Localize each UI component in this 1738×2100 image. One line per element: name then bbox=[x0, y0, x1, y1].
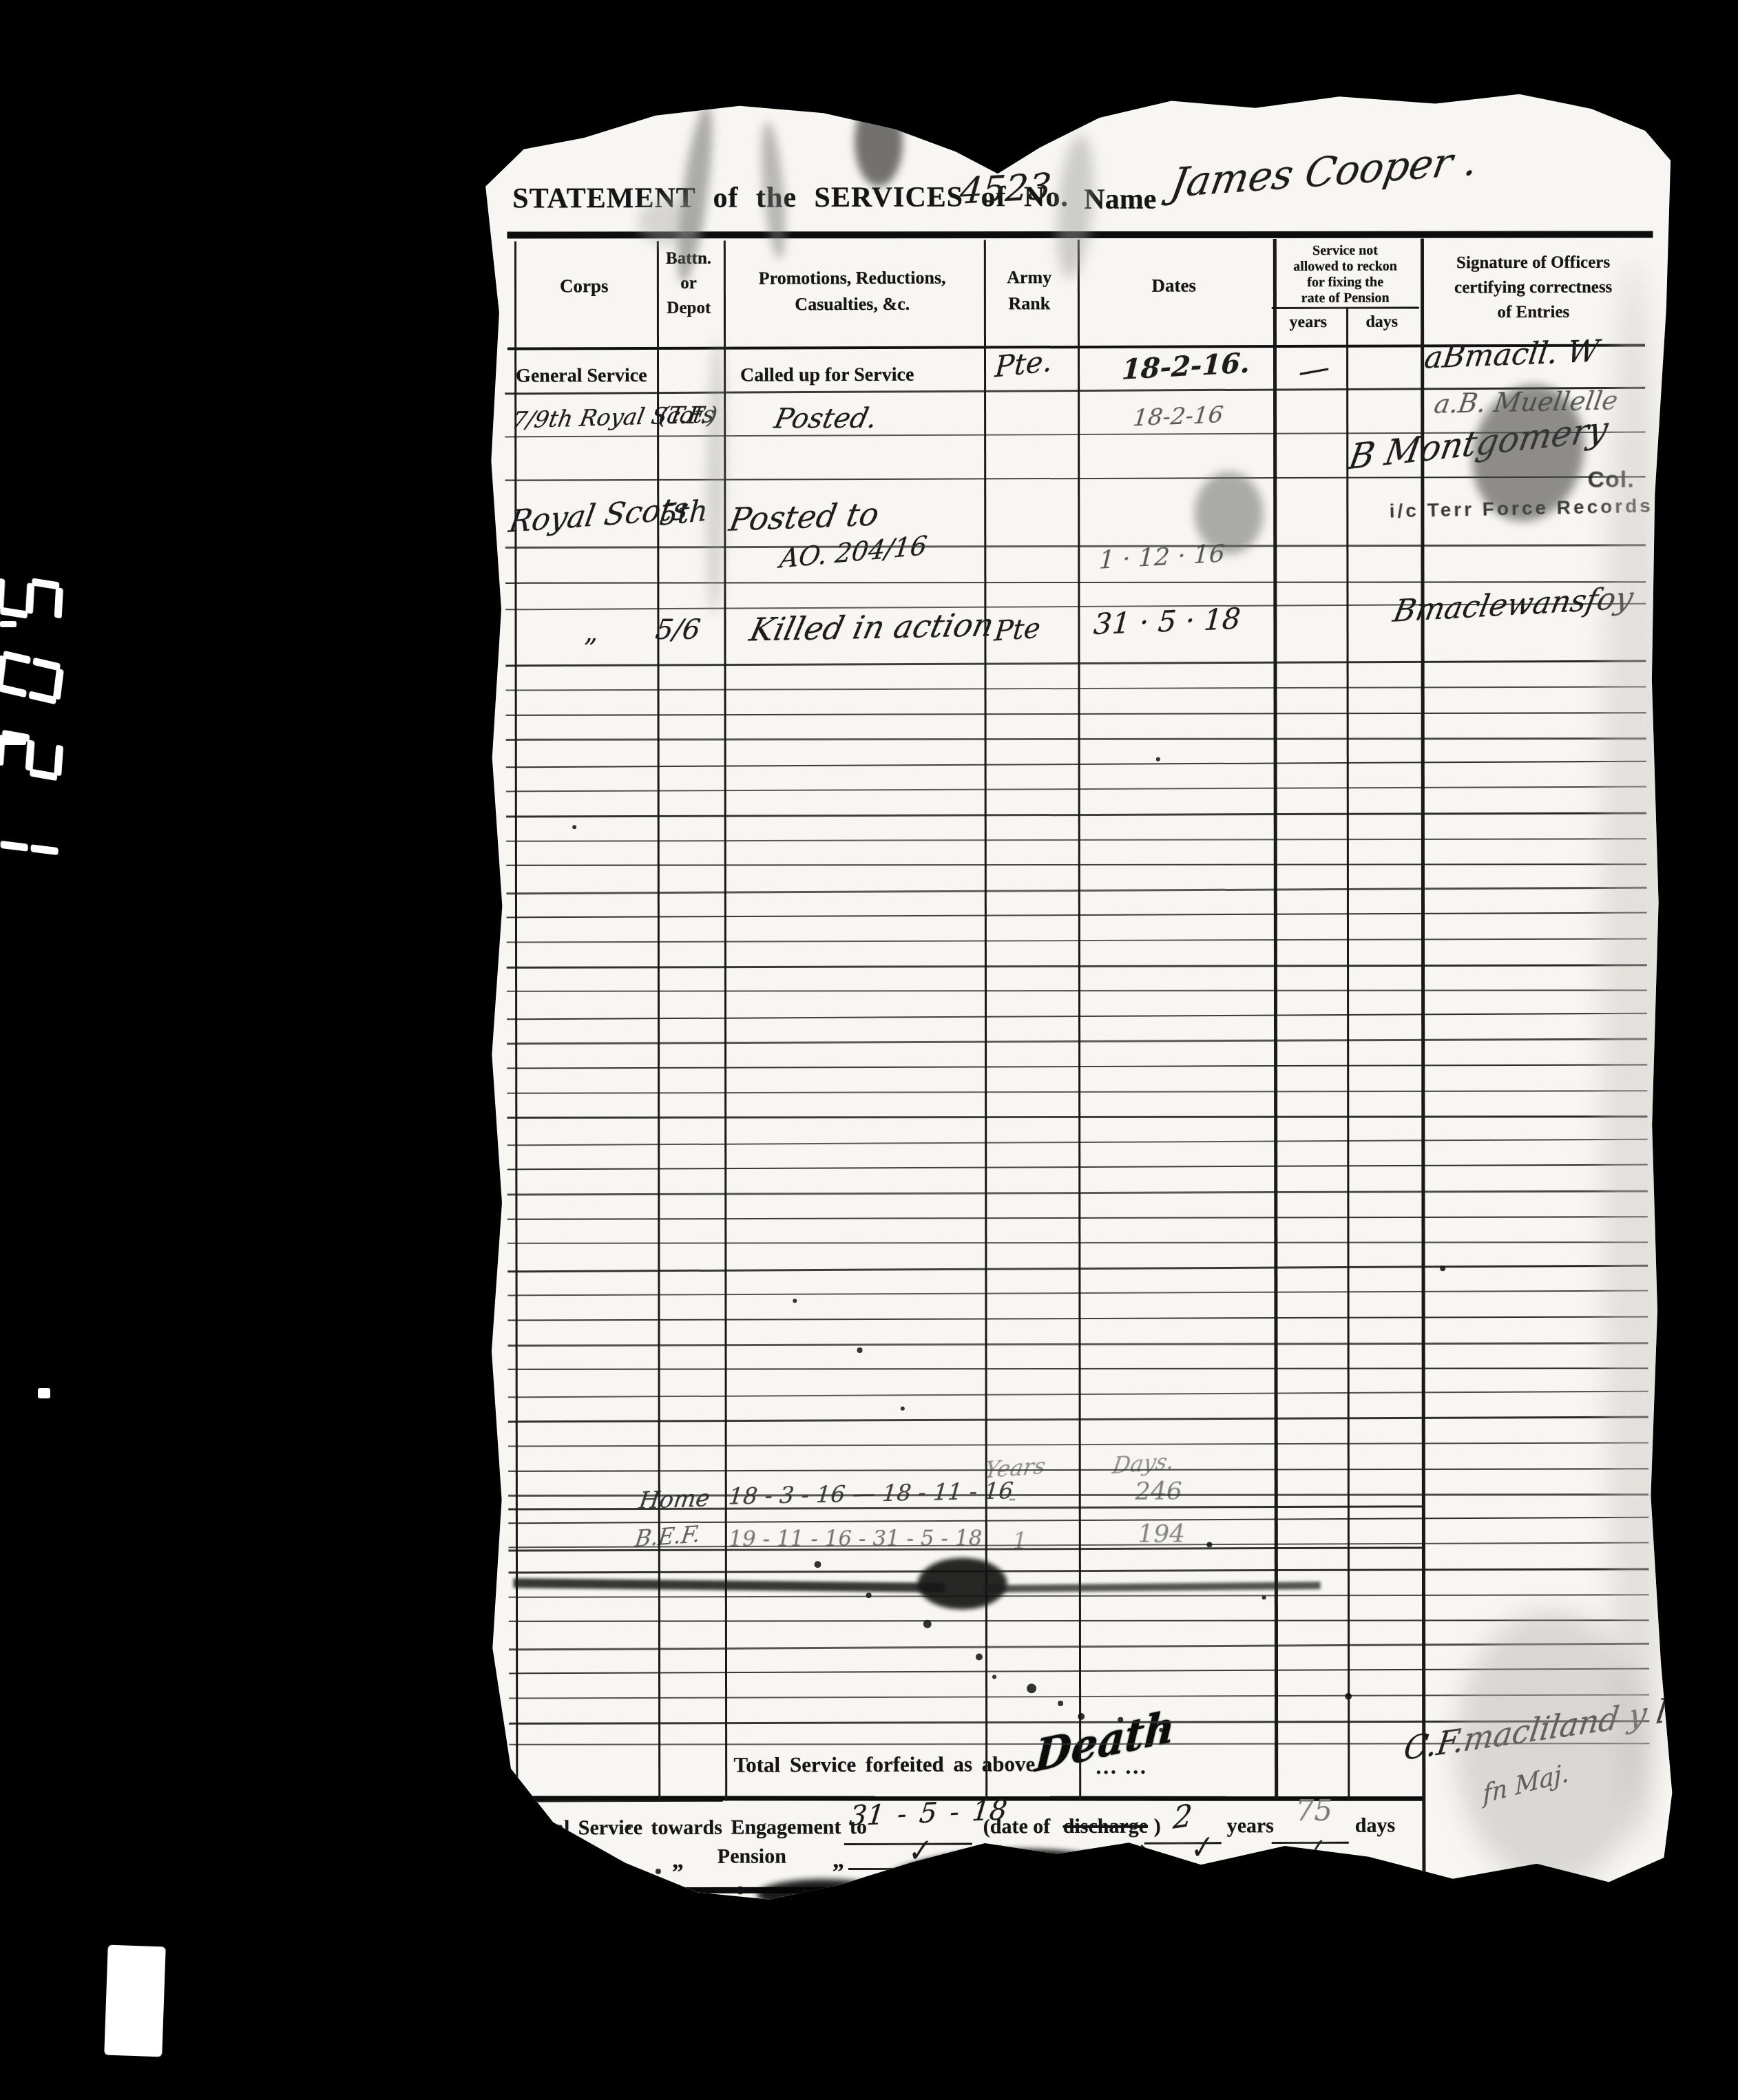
entry-signature: B Montgomery bbox=[1346, 408, 1611, 477]
ink-spatter bbox=[1118, 1717, 1123, 1723]
ink-spatter bbox=[802, 1889, 808, 1896]
ditto-mark: „ bbox=[1370, 1846, 1382, 1872]
ruled-line bbox=[507, 1216, 1648, 1219]
column-line bbox=[657, 241, 660, 1801]
ruled-line bbox=[507, 1038, 1647, 1045]
column-line bbox=[1078, 240, 1081, 1800]
ruled-line bbox=[506, 712, 1646, 715]
ink-spatter bbox=[1159, 1728, 1163, 1732]
header-battalion: Battn. or Depot bbox=[655, 246, 722, 321]
header-corps: Corps bbox=[513, 275, 656, 297]
film-speck bbox=[38, 1388, 50, 1398]
summary-period: 18 - 3 - 16 — 18 - 11 - 16 bbox=[728, 1477, 1015, 1510]
ink-spatter bbox=[1206, 1542, 1212, 1547]
ruled-line bbox=[507, 1090, 1647, 1093]
ditto-mark: „ bbox=[552, 1848, 564, 1874]
entry-battalion: 5th bbox=[658, 493, 709, 532]
ditto-mark: „ bbox=[833, 1847, 844, 1873]
entry-battalion: (T.F.) bbox=[657, 402, 720, 430]
ditto-mark: „ bbox=[606, 1848, 618, 1874]
ruled-line bbox=[507, 1342, 1648, 1346]
ruled-line bbox=[507, 1241, 1648, 1244]
title-rule bbox=[507, 231, 1653, 239]
ink-spatter bbox=[857, 1347, 863, 1353]
ink-smudge bbox=[545, 85, 600, 127]
name-label: Name bbox=[1084, 183, 1156, 216]
ditto-mark: „ bbox=[1069, 1847, 1080, 1873]
ink-spatter bbox=[901, 1407, 905, 1411]
fill-rule bbox=[1146, 1867, 1227, 1869]
entry-battalion: 5/6 bbox=[653, 614, 702, 646]
record-sheet: STATEMENT of the SERVICES of No. 4523 Na… bbox=[476, 86, 1681, 1944]
ruled-line bbox=[506, 863, 1646, 866]
tick-mark: ✓ bbox=[1184, 1829, 1216, 1867]
entry-promotion-reference: AO. 204/16 bbox=[778, 530, 929, 574]
ruled-line bbox=[507, 1290, 1648, 1296]
film-scratch-mark bbox=[0, 738, 26, 745]
entry-years-dash: — bbox=[1295, 348, 1332, 390]
summary-days-label: Days. bbox=[1111, 1448, 1177, 1479]
years-word: years bbox=[1227, 1814, 1274, 1838]
tick-mark: ✓ bbox=[903, 1832, 932, 1869]
header-days: days bbox=[1345, 313, 1419, 331]
entry-dates: 31 · 5 · 18 bbox=[1093, 602, 1242, 641]
ink-spatter bbox=[736, 1887, 744, 1895]
column-line bbox=[514, 242, 519, 1890]
ink-spatter bbox=[1440, 1266, 1445, 1271]
engagement-days-value: 75 bbox=[1296, 1794, 1333, 1827]
microfilm-digit bbox=[0, 649, 66, 707]
header-years: years bbox=[1272, 313, 1345, 332]
ink-spatter bbox=[992, 1674, 996, 1679]
close-paren: ) bbox=[1140, 1838, 1149, 1871]
column-line bbox=[1346, 308, 1350, 1799]
ruled-line bbox=[505, 476, 1646, 481]
ruled-line bbox=[507, 1013, 1647, 1020]
pension-label: Pension bbox=[718, 1845, 786, 1868]
ink-smudge bbox=[855, 97, 903, 187]
ruled-line bbox=[507, 938, 1647, 943]
microfilm-digit bbox=[0, 572, 65, 626]
records-office-stamp: i/c Terr Force Records bbox=[1389, 495, 1653, 523]
engagement-label: Total Service towards Engagement to bbox=[525, 1816, 867, 1840]
fill-rule bbox=[1274, 1867, 1348, 1869]
ink-smudge bbox=[757, 1879, 888, 1911]
ink-spatter bbox=[923, 1620, 932, 1628]
entry-corps: General Service bbox=[516, 365, 647, 388]
damage-streak bbox=[514, 1578, 945, 1593]
ink-spatter bbox=[1345, 1693, 1352, 1700]
ink-spatter bbox=[1156, 757, 1160, 762]
ruled-line bbox=[507, 912, 1647, 918]
entry-promotion: Killed in action bbox=[746, 606, 998, 649]
ruled-line bbox=[507, 1064, 1647, 1069]
ruled-line bbox=[507, 989, 1647, 992]
entry-rank: Pte bbox=[993, 612, 1042, 647]
header-promotions: Promotions, Reductions, Casualties, &c. bbox=[722, 264, 983, 317]
column-line bbox=[1421, 238, 1426, 1887]
ruled-line bbox=[507, 1265, 1648, 1273]
certifying-signature-rank: fn Maj. bbox=[1483, 1758, 1570, 1809]
ink-spatter bbox=[814, 1561, 821, 1568]
ruled-line bbox=[506, 761, 1646, 768]
pension-divider-line bbox=[1272, 306, 1419, 309]
ruled-line bbox=[507, 1316, 1648, 1321]
ruled-line bbox=[505, 544, 1646, 548]
ink-spatter bbox=[596, 1860, 603, 1867]
open-paren: ( bbox=[993, 1838, 1002, 1871]
ink-spatter bbox=[1058, 1701, 1063, 1706]
ruled-line bbox=[507, 964, 1647, 968]
ruled-line bbox=[506, 812, 1646, 817]
entry-dates: 18-2-16. bbox=[1121, 346, 1250, 386]
entry-signature: aBmacll. W bbox=[1422, 334, 1600, 376]
ruled-line bbox=[507, 1164, 1648, 1170]
date-of-label: (date of bbox=[983, 1815, 1051, 1838]
ruled-line bbox=[506, 686, 1646, 691]
header-army-rank: Army Rank bbox=[983, 264, 1076, 317]
ruled-line bbox=[506, 838, 1646, 841]
header-pension-note: Service not allowed to reckon for fixing… bbox=[1273, 242, 1417, 306]
bottom-border-rule bbox=[496, 1886, 1573, 1893]
entry-rank: Pte. bbox=[994, 344, 1053, 384]
days-word: days bbox=[1355, 1814, 1395, 1838]
ink-spatter bbox=[656, 1869, 661, 1874]
ruled-line bbox=[505, 581, 1646, 584]
ink-spatter bbox=[626, 1825, 631, 1830]
soldier-name: James Cooper . bbox=[1167, 137, 1481, 207]
close-paren: ) bbox=[1154, 1815, 1161, 1838]
summary-days-value: 246 bbox=[1135, 1478, 1182, 1506]
ink-spatter bbox=[1078, 1713, 1085, 1720]
ruled-line bbox=[507, 1139, 1648, 1146]
column-line bbox=[724, 241, 727, 1801]
entry-promotion: Posted. bbox=[771, 403, 880, 434]
ruled-line bbox=[506, 786, 1646, 792]
ditto-mark: „ bbox=[672, 1848, 684, 1874]
summary-place: Home bbox=[637, 1484, 711, 1515]
signature-rank-stamp: Col. bbox=[1587, 466, 1634, 493]
summary-years-value: 1 bbox=[1012, 1527, 1027, 1555]
column-line bbox=[1273, 239, 1278, 1799]
service-number: 4523 bbox=[959, 166, 1053, 213]
microfilm-digit bbox=[0, 728, 65, 783]
engagement-years-value: 2 bbox=[1172, 1798, 1193, 1836]
certifying-signature: C.F.macliland y l bbox=[1402, 1692, 1670, 1767]
header-dates: Dates bbox=[1076, 275, 1272, 297]
entry-dates: 18-2-16 bbox=[1131, 401, 1224, 432]
ink-smudge bbox=[917, 1557, 1007, 1609]
discharge-struck-label: discharge bbox=[1063, 1815, 1148, 1838]
ditto-mark: „ bbox=[1253, 1846, 1265, 1872]
ruled-line bbox=[507, 1190, 1648, 1195]
ink-spatter bbox=[793, 1299, 797, 1303]
header-signature: Signature of Officers certifying correct… bbox=[1422, 250, 1645, 325]
fill-rule bbox=[848, 1867, 972, 1870]
entry-corps-ditto: „ bbox=[584, 617, 598, 647]
ruled-line bbox=[507, 1115, 1647, 1119]
forfeited-label: Total Service forfeited as above bbox=[733, 1752, 1035, 1777]
ink-spatter bbox=[976, 1653, 983, 1660]
ruled-line bbox=[506, 737, 1646, 741]
microfilm-digit bbox=[0, 806, 64, 857]
entry-promotion: Called up for Service bbox=[740, 364, 914, 387]
scanned-service-record: { "frame": { "number": "1205", "digits_t… bbox=[0, 0, 1738, 2100]
column-line bbox=[984, 240, 987, 1800]
damage-streak bbox=[983, 1582, 1321, 1593]
entry-promotion: Posted to bbox=[726, 495, 882, 538]
film-splice-mark bbox=[104, 1945, 166, 2057]
ink-spatter bbox=[572, 825, 576, 829]
ruled-line bbox=[505, 660, 1646, 667]
tick-mark: ✓ bbox=[1301, 1834, 1327, 1865]
ink-spatter bbox=[1262, 1595, 1266, 1599]
film-scratch-mark bbox=[0, 621, 17, 627]
ink-spatter bbox=[1027, 1683, 1036, 1693]
ink-spatter bbox=[866, 1593, 872, 1598]
ruled-line bbox=[506, 887, 1646, 895]
